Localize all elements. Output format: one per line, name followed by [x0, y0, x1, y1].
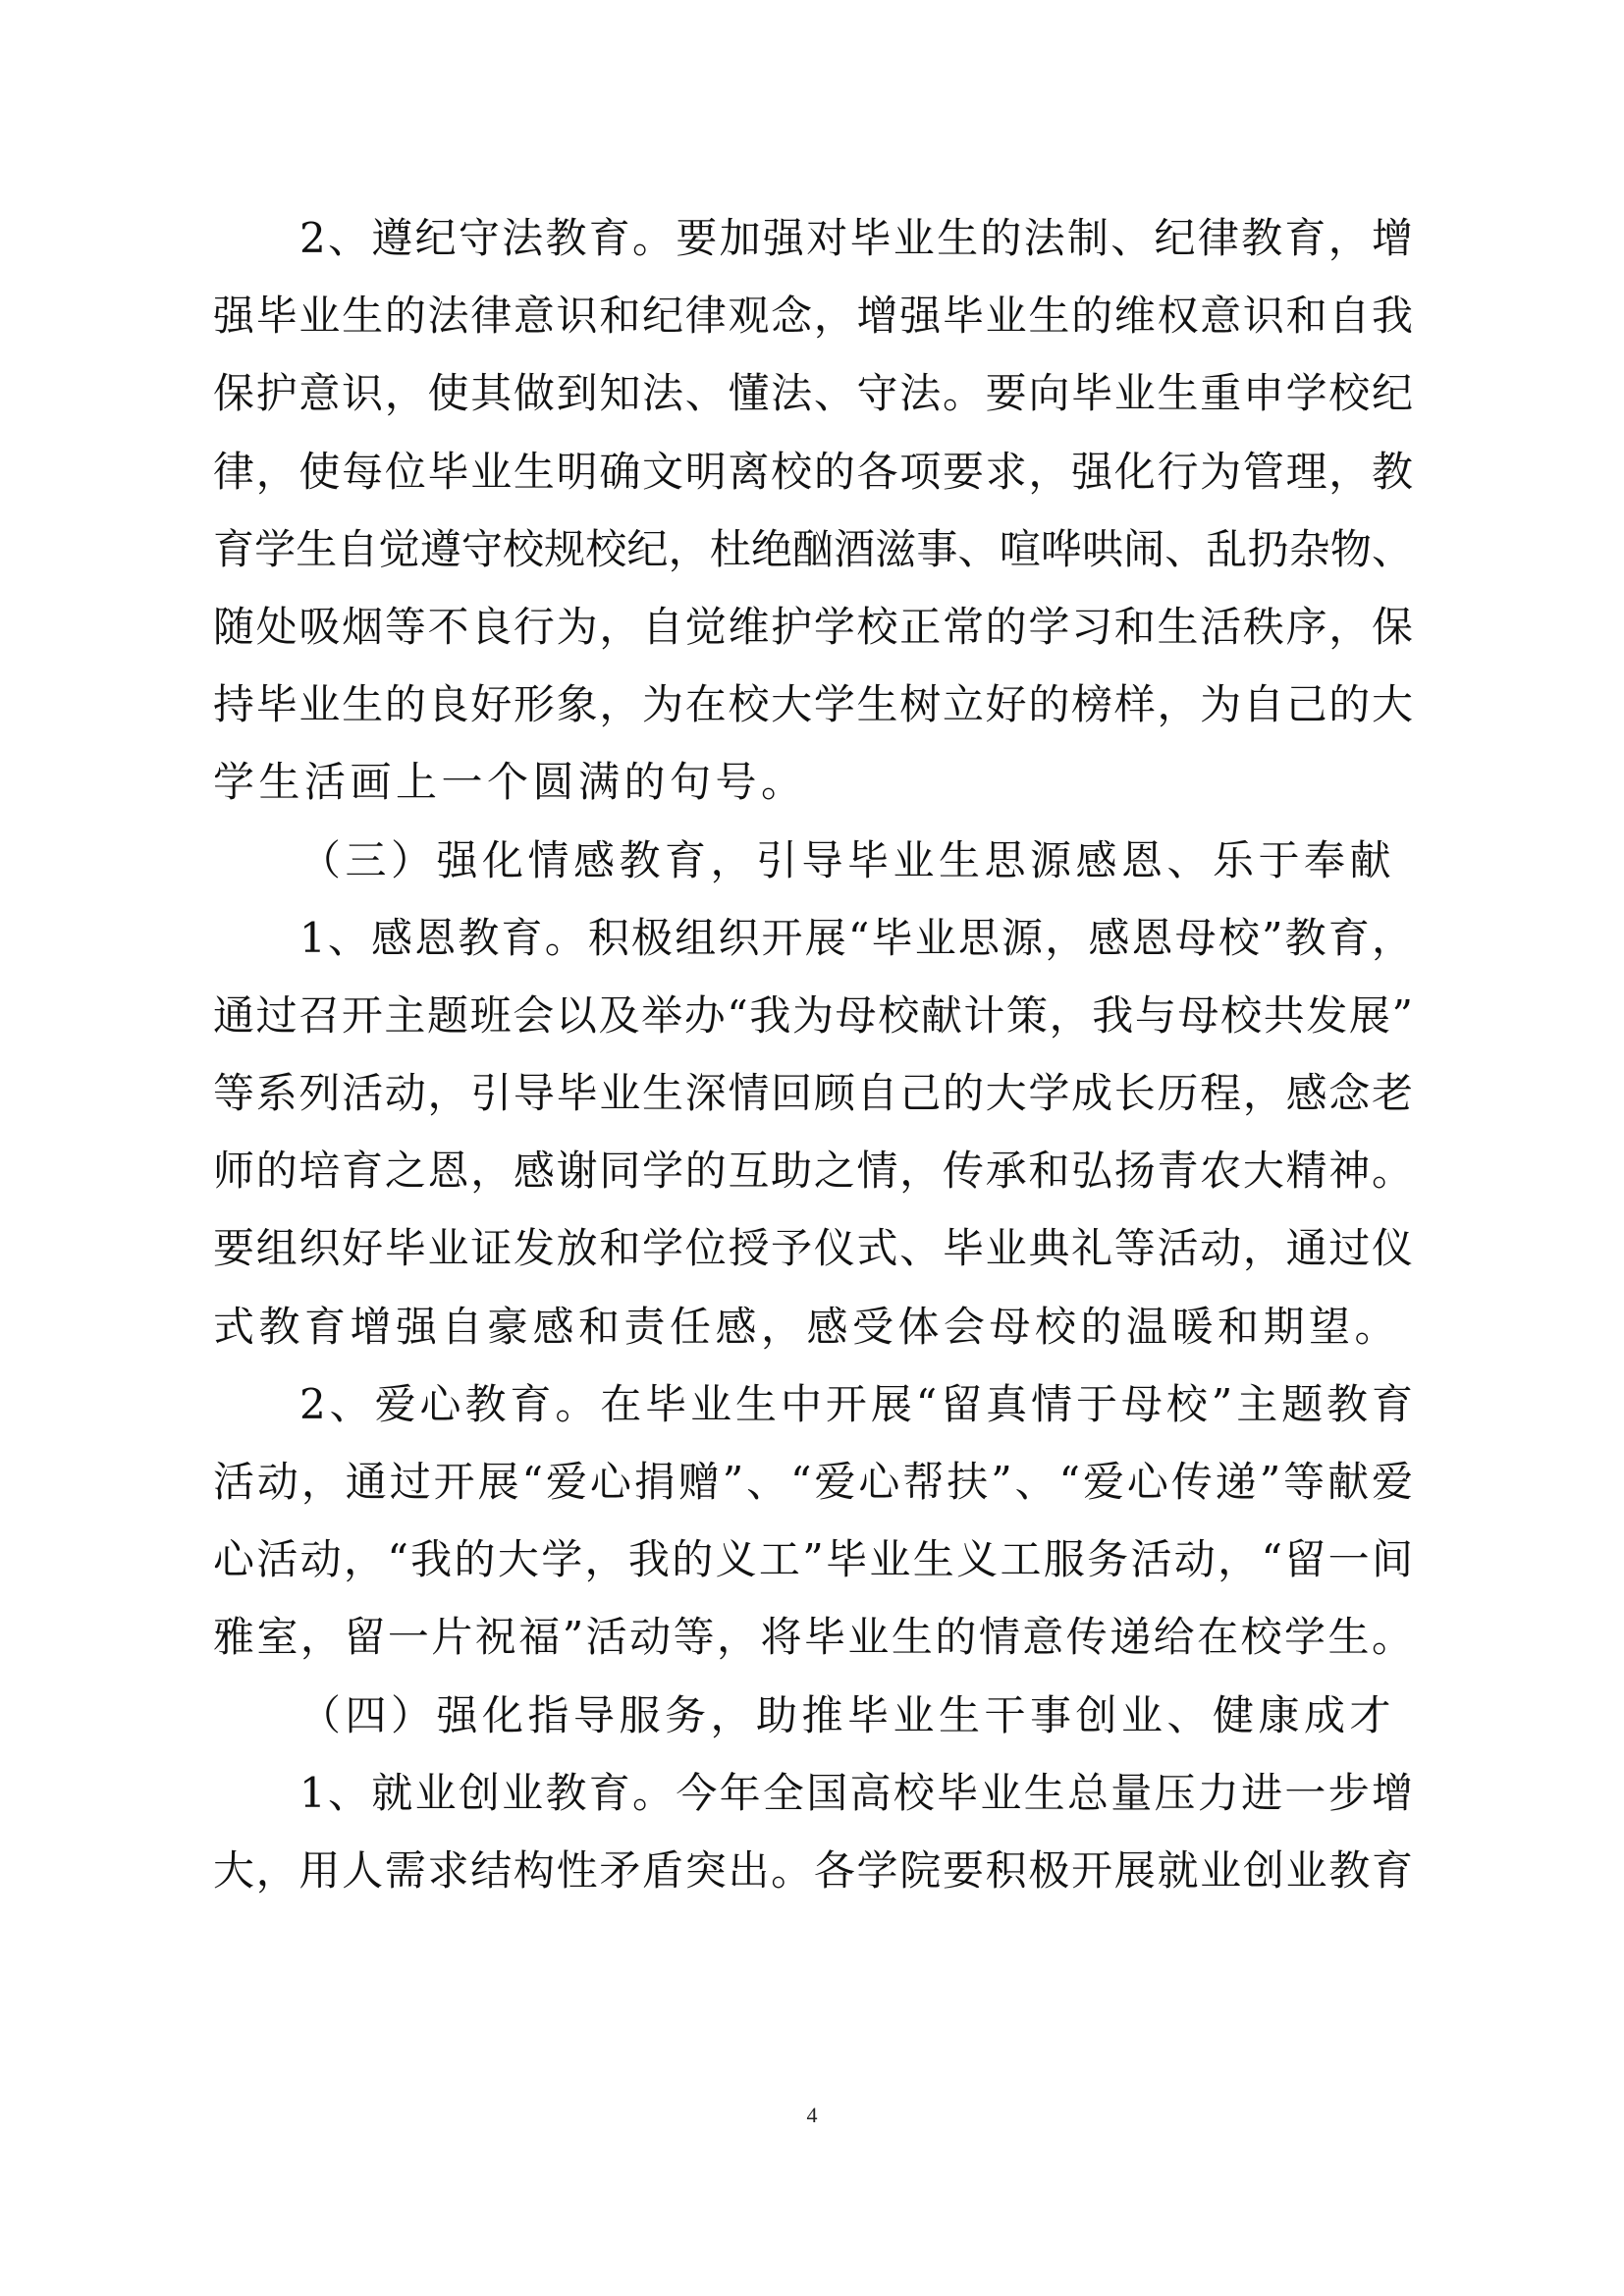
paragraph-line: 通过召开主题班会以及举办“我为母校献计策，我与母校共发展” — [213, 977, 1413, 1054]
paragraph-discipline-education-line: 2、遵纪守法教育。要加强对毕业生的法制、纪律教育，增 — [213, 199, 1413, 277]
section-heading-four: （四）强化指导服务，助推毕业生干事创业、健康成才 — [213, 1677, 1413, 1754]
paragraph-gratitude-education-line: 1、感恩教育。积极组织开展“毕业思源，感恩母校”教育， — [213, 899, 1413, 977]
paragraph-line: 律，使每位毕业生明确文明离校的各项要求，强化行为管理，教 — [213, 433, 1413, 510]
section-heading-three: （三）强化情感教育，引导毕业生思源感恩、乐于奉献 — [213, 822, 1413, 899]
paragraph-employment-education-line: 1、就业创业教育。今年全国高校毕业生总量压力进一步增 — [213, 1754, 1413, 1832]
paragraph-line: 要组织好毕业证发放和学位授予仪式、毕业典礼等活动，通过仪 — [213, 1209, 1413, 1287]
paragraph-line: 雅室，留一片祝福”活动等，将毕业生的情意传递给在校学生。 — [213, 1598, 1413, 1676]
paragraph-line: 学生活画上一个圆满的句号。 — [213, 743, 1413, 821]
paragraph-line: 师的培育之恩，感谢同学的互助之情，传承和弘扬青农大精神。 — [213, 1132, 1413, 1209]
paragraph-line: 等系列活动，引导毕业生深情回顾自己的大学成长历程，感念老 — [213, 1054, 1413, 1132]
paragraph-line: 心活动，“我的大学，我的义工”毕业生义工服务活动，“留一间 — [213, 1521, 1413, 1598]
paragraph-line: 式教育增强自豪感和责任感，感受体会母校的温暖和期望。 — [213, 1288, 1413, 1365]
document-body: 2、遵纪守法教育。要加强对毕业生的法制、纪律教育，增 强毕业生的法律意识和纪律观… — [213, 199, 1413, 1909]
paragraph-line: 强毕业生的法律意识和纪律观念，增强毕业生的维权意识和自我 — [213, 277, 1413, 354]
paragraph-line: 活动，通过开展“爱心捐赠”、“爱心帮扶”、“爱心传递”等献爱 — [213, 1443, 1413, 1521]
paragraph-line: 随处吸烟等不良行为，自觉维护学校正常的学习和生活秩序，保 — [213, 588, 1413, 666]
page-number: 4 — [797, 2103, 827, 2128]
paragraph-line: 育学生自觉遵守校规校纪，杜绝酗酒滋事、喧哗哄闹、乱扔杂物、 — [213, 510, 1413, 588]
paragraph-love-education-line: 2、爱心教育。在毕业生中开展“留真情于母校”主题教育 — [213, 1365, 1413, 1443]
paragraph-line: 保护意识，使其做到知法、懂法、守法。要向毕业生重申学校纪 — [213, 354, 1413, 432]
paragraph-line: 大，用人需求结构性矛盾突出。各学院要积极开展就业创业教育 — [213, 1832, 1413, 1909]
paragraph-line: 持毕业生的良好形象，为在校大学生树立好的榜样，为自己的大 — [213, 666, 1413, 743]
document-page: 2、遵纪守法教育。要加强对毕业生的法制、纪律教育，增 强毕业生的法律意识和纪律观… — [0, 0, 1624, 2296]
